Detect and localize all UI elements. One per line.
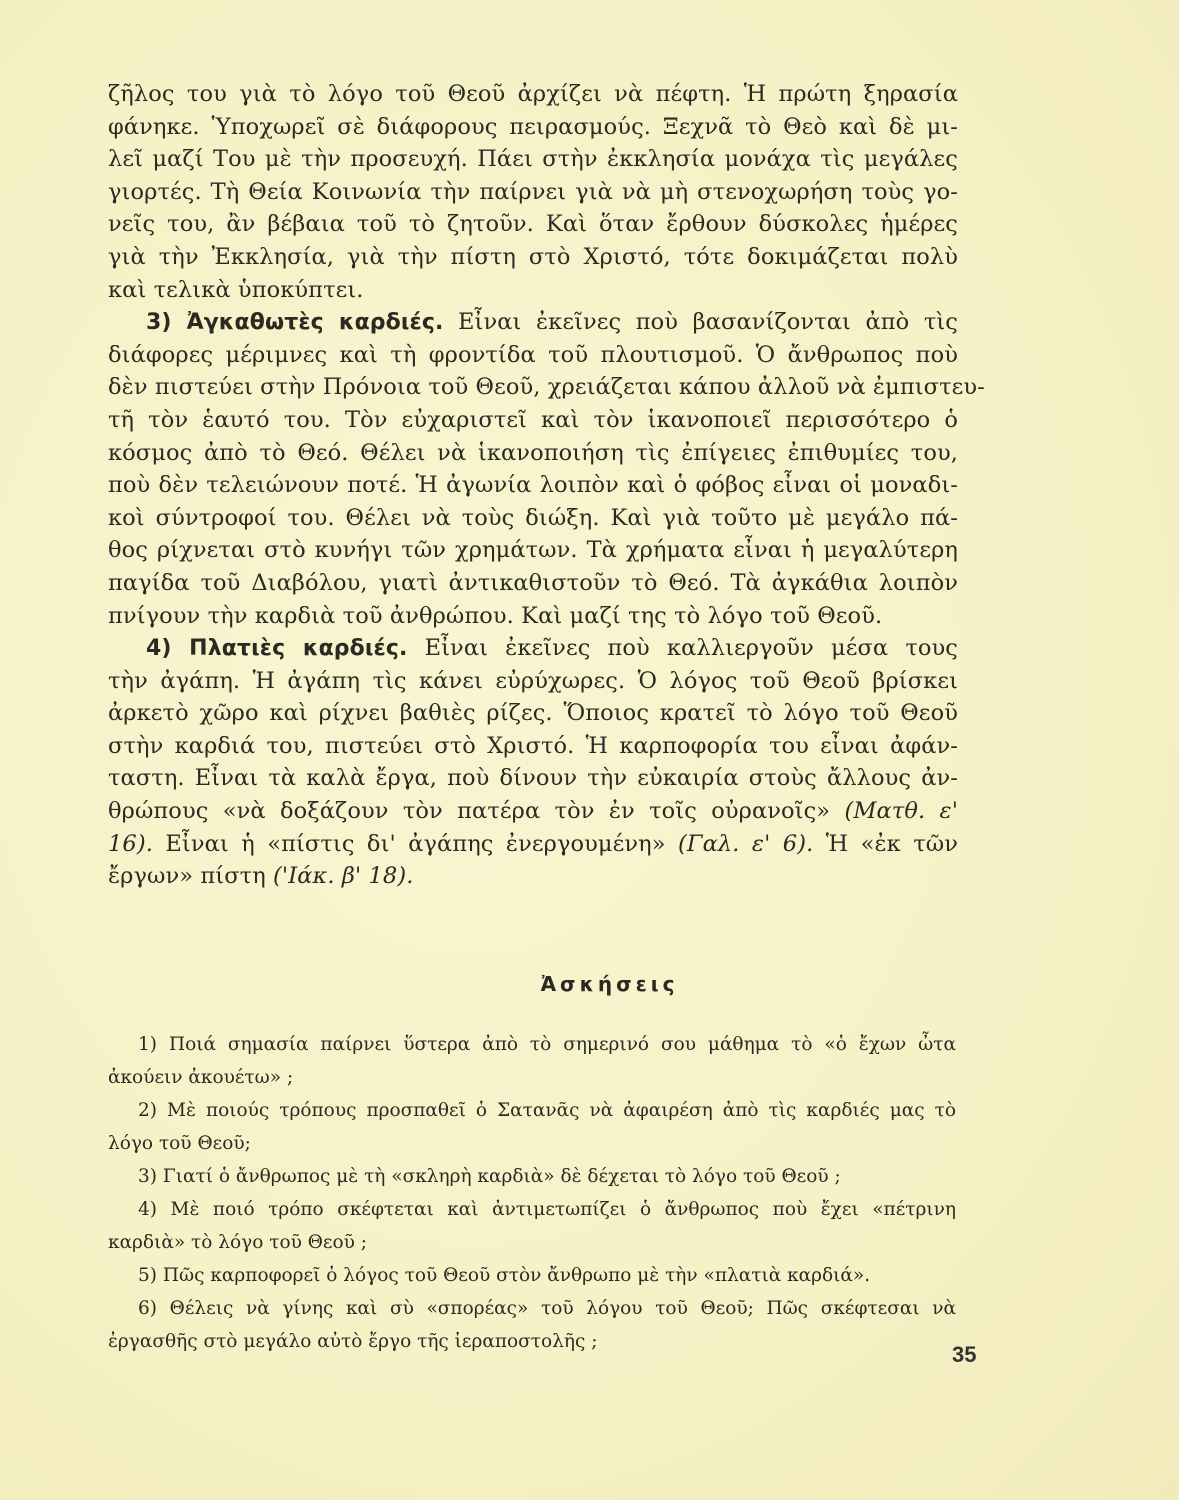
- exercise-text: Ποιά σημασία παίρνει ὕστερα ἀπὸ τὸ σημερ…: [169, 1034, 956, 1055]
- exercise-number: 5): [138, 1265, 157, 1286]
- text-span: Ἡ «ἐκ τῶν: [813, 831, 958, 857]
- exercise-number: 6): [138, 1298, 157, 1319]
- text-line: κοὶ σύντροφοί του. Θέλει νὰ τοὺς διώξη. …: [108, 502, 958, 535]
- text-line: φάνηκε. Ὑποχωρεῖ σὲ διάφορους πειρασμούς…: [108, 111, 958, 144]
- exercise-item-4-cont: καρδιὰ» τὸ λόγο τοῦ Θεοῦ ;: [108, 1226, 956, 1259]
- text-line: ταστη. Εἶναι τὰ καλὰ ἔργα, ποὺ δίνουν τὴ…: [108, 762, 958, 795]
- text-line: λεῖ μαζί Του μὲ τὴν προσευχή. Πάει στὴν …: [108, 143, 958, 176]
- section-4-first-line: 4) Πλατιὲς καρδιές. Εἶναι ἐκεῖνες ποὺ κα…: [108, 632, 958, 665]
- section-4-heading: 4) Πλατιὲς καρδιές.: [146, 636, 407, 661]
- text-line: γιορτές. Τὴ Θεία Κοινωνία τὴν παίρνει γι…: [108, 176, 958, 209]
- text-line: νεῖς του, ἂν βέβαια τοῦ τὸ ζητοῦν. Καὶ ὅ…: [108, 208, 958, 241]
- scripture-reference: (Γαλ. ε' 6).: [678, 831, 813, 857]
- text-line: διάφορες μέριμνες καὶ τὴ φροντίδα τοῦ πλ…: [108, 339, 958, 372]
- text-line: τῆ τὸν ἑαυτό του. Τὸν εὐχαριστεῖ καὶ τὸν…: [108, 404, 958, 437]
- book-page: ζῆλος του γιὰ τὸ λόγο τοῦ Θεοῦ ἀρχίζει ν…: [0, 0, 1179, 1500]
- exercise-item-2-cont: λόγο τοῦ Θεοῦ;: [108, 1127, 956, 1160]
- text-span: θρώπους «νὰ δοξάζουν τὸν πατέρα τὸν ἐν τ…: [108, 798, 844, 824]
- exercise-item-1: 1) Ποιά σημασία παίρνει ὕστερα ἀπὸ τὸ ση…: [108, 1028, 956, 1061]
- exercise-text: Γιατί ὁ ἄνθρωπος μὲ τὴ «σκληρὴ καρδιὰ» δ…: [163, 1166, 841, 1187]
- text-line: τὴν ἀγάπη. Ἡ ἀγάπη τὶς κάνει εὐρύχωρες. …: [108, 665, 958, 698]
- exercise-item-3: 3) Γιατί ὁ ἄνθρωπος μὲ τὴ «σκληρὴ καρδιὰ…: [108, 1160, 956, 1193]
- text-line: θος ρίχνεται στὸ κυνήγι τῶν χρημάτων. Τὰ…: [108, 534, 958, 567]
- exercise-text: Μὲ ποιό τρόπο σκέφτεται καὶ ἀντιμετωπίζε…: [171, 1199, 956, 1220]
- exercise-item-5: 5) Πῶς καρποφορεῖ ὁ λόγος τοῦ Θεοῦ στὸν …: [108, 1259, 956, 1292]
- exercise-item-6: 6) Θέλεις νὰ γίνης καὶ σὺ «σπορέας» τοῦ …: [108, 1292, 956, 1325]
- section-3-heading: 3) Ἀγκαθωτὲς καρδιές.: [146, 310, 443, 335]
- exercises-title: Ἀσκήσεις: [0, 972, 1179, 996]
- exercise-item-4: 4) Μὲ ποιό τρόπο σκέφτεται καὶ ἀντιμετωπ…: [108, 1193, 956, 1226]
- exercise-number: 4): [138, 1199, 157, 1220]
- text-line: πνίγουν τὴν καρδιὰ τοῦ ἀνθρώπου. Καὶ μαζ…: [108, 600, 958, 633]
- text-line: ποὺ δὲν τελειώνουν ποτέ. Ἡ ἀγωνία λοιπὸν…: [108, 469, 958, 502]
- text-line: θρώπους «νὰ δοξάζουν τὸν πατέρα τὸν ἐν τ…: [108, 795, 958, 828]
- text-line: ζῆλος του γιὰ τὸ λόγο τοῦ Θεοῦ ἀρχίζει ν…: [108, 78, 958, 111]
- text-span: Εἶναι ἐκεῖνες ποὺ καλλιεργοῦν μέσα τους: [407, 635, 958, 661]
- body-text: ζῆλος του γιὰ τὸ λόγο τοῦ Θεοῦ ἀρχίζει ν…: [108, 78, 958, 893]
- text-line: στὴν καρδιά του, πιστεύει στὸ Χριστό. Ἡ …: [108, 730, 958, 763]
- text-span: ἔργων» πίστη: [108, 863, 273, 889]
- exercise-item-6-cont: ἐργασθῆς στὸ μεγάλο αὐτὸ ἔργο τῆς ἱεραπο…: [108, 1325, 956, 1358]
- page-number: 35: [952, 1342, 976, 1368]
- text-line: ἔργων» πίστη ('Ιάκ. β' 18).: [108, 860, 958, 893]
- text-span: Εἶναι ἡ «πίστις δι' ἀγάπης ἐνεργουμένη»: [153, 831, 678, 857]
- exercise-item-1-cont: ἀκούειν ἀκουέτω» ;: [108, 1061, 956, 1094]
- exercise-text: Θέλεις νὰ γίνης καὶ σὺ «σπορέας» τοῦ λόγ…: [170, 1298, 956, 1319]
- exercises-list: 1) Ποιά σημασία παίρνει ὕστερα ἀπὸ τὸ ση…: [108, 1028, 956, 1358]
- scripture-reference: 16).: [108, 831, 153, 857]
- text-line: γιὰ τὴν Ἐκκλησία, γιὰ τὴν πίστη στὸ Χρισ…: [108, 241, 958, 274]
- text-line: κόσμος ἀπὸ τὸ Θεό. Θέλει νὰ ἱκανοποιήση …: [108, 437, 958, 470]
- text-line: παγίδα τοῦ Διαβόλου, γιατὶ ἀντικαθιστοῦν…: [108, 567, 958, 600]
- text-line: δὲν πιστεύει στὴν Πρόνοια τοῦ Θεοῦ, χρει…: [108, 371, 958, 404]
- exercise-number: 2): [138, 1100, 157, 1121]
- scripture-reference: ('Ιάκ. β' 18).: [273, 863, 413, 889]
- exercise-number: 3): [138, 1166, 157, 1187]
- exercise-number: 1): [138, 1034, 157, 1055]
- section-3-first-line: 3) Ἀγκαθωτὲς καρδιές. Εἶναι ἐκεῖνες ποὺ …: [108, 306, 958, 339]
- exercise-text: Μὲ ποιούς τρόπους προσπαθεῖ ὁ Σατανᾶς νὰ…: [167, 1100, 956, 1121]
- exercise-text: Πῶς καρποφορεῖ ὁ λόγος τοῦ Θεοῦ στὸν ἄνθ…: [163, 1265, 870, 1286]
- text-span: Εἶναι ἐκεῖνες ποὺ βασανίζονται ἀπὸ τὶς: [443, 309, 958, 335]
- text-line: καὶ τελικὰ ὑποκύπτει.: [108, 274, 958, 307]
- text-line: ἀρκετὸ χῶρο καὶ ρίχνει βαθιὲς ρίζες. Ὅπο…: [108, 697, 958, 730]
- exercise-item-2: 2) Μὲ ποιούς τρόπους προσπαθεῖ ὁ Σατανᾶς…: [108, 1094, 956, 1127]
- scripture-reference: (Ματθ. ε': [844, 798, 958, 824]
- text-line: 16). Εἶναι ἡ «πίστις δι' ἀγάπης ἐνεργουμ…: [108, 828, 958, 861]
